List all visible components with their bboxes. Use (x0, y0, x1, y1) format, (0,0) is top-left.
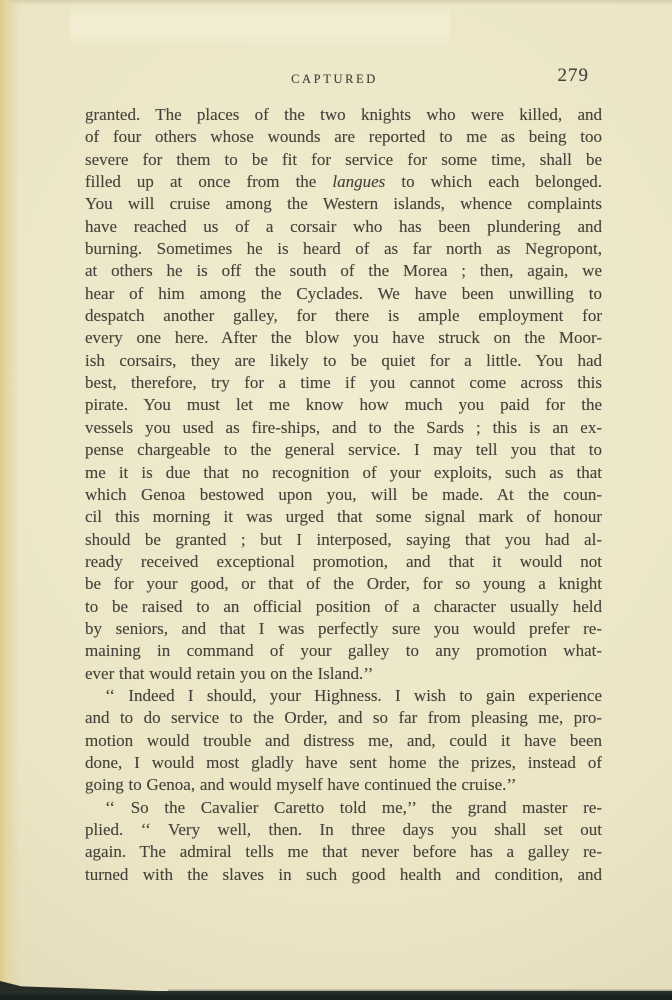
text-line: best, therefore, try for a time if you c… (85, 372, 602, 394)
text-line: have reached us of a corsair who has bee… (85, 216, 602, 238)
text-line: again. The admiral tells me that never b… (85, 841, 602, 863)
text-line: plied. ‘‘ Very well, then. In three days… (85, 819, 602, 841)
text-line: maining in command of your galley to any… (85, 640, 602, 662)
text-line: You will cruise among the Western island… (85, 193, 602, 215)
text-line: granted. The places of the two knights w… (85, 104, 602, 126)
text-line: which Genoa bestowed upon you, will be m… (85, 484, 602, 506)
text-line: cil this morning it was urged that some … (85, 506, 602, 528)
text-line: to be raised to an official position of … (85, 596, 602, 618)
text-line: despatch another galley, for there is am… (85, 305, 602, 327)
text-line: motion would trouble and distress me, an… (85, 730, 602, 752)
page-header: CAPTURED 279 (85, 66, 602, 92)
running-header-title: CAPTURED (76, 72, 593, 87)
text-line: pirate. You must let me know how much yo… (85, 394, 602, 416)
text-line: severe for them to be fit for service fo… (85, 149, 602, 171)
text-line: and to do service to the Order, and so f… (85, 707, 602, 729)
page-left-edge-shading (0, 0, 22, 1000)
text-line: going to Genoa, and would myself have co… (85, 774, 602, 796)
text-line: done, I would most gladly have sent home… (85, 752, 602, 774)
text-line: me it is due that no recognition of your… (85, 462, 602, 484)
book-page-scan: CAPTURED 279 granted. The places of the … (0, 0, 672, 1000)
scan-bottom-border (0, 991, 672, 1000)
italic-word: langues (332, 172, 385, 191)
text-line: ready received exceptional promotion, an… (85, 551, 602, 573)
text-line: turned with the slaves in such good heal… (85, 864, 602, 886)
text-line: filled up at once from the langues to wh… (85, 171, 602, 193)
text-line: ish corsairs, they are likely to be quie… (85, 350, 602, 372)
text-line: ‘‘ So the Cavalier Caretto told me,’’ th… (85, 797, 602, 819)
text-line: be for your good, or that of the Order, … (85, 573, 602, 595)
text-line: vessels you used as fire-ships, and to t… (85, 417, 602, 439)
text-line: hear of him among the Cyclades. We have … (85, 283, 602, 305)
text-line: ever that would retain you on the Island… (85, 663, 602, 685)
text-line: by seniors, and that I was perfectly sur… (85, 618, 602, 640)
text-line: should be granted ; but I interposed, sa… (85, 529, 602, 551)
text-line: of four others whose wounds are reported… (85, 126, 602, 148)
body-text: granted. The places of the two knights w… (85, 104, 602, 886)
page-number: 279 (558, 65, 590, 87)
text-line: every one here. After the blow you have … (85, 327, 602, 349)
text-line: burning. Sometimes he is heard of as far… (85, 238, 602, 260)
text-line: ‘‘ Indeed I should, your Highness. I wis… (85, 685, 602, 707)
text-line: pense chargeable to the general service.… (85, 439, 602, 461)
text-line: at others he is off the south of the Mor… (85, 260, 602, 282)
